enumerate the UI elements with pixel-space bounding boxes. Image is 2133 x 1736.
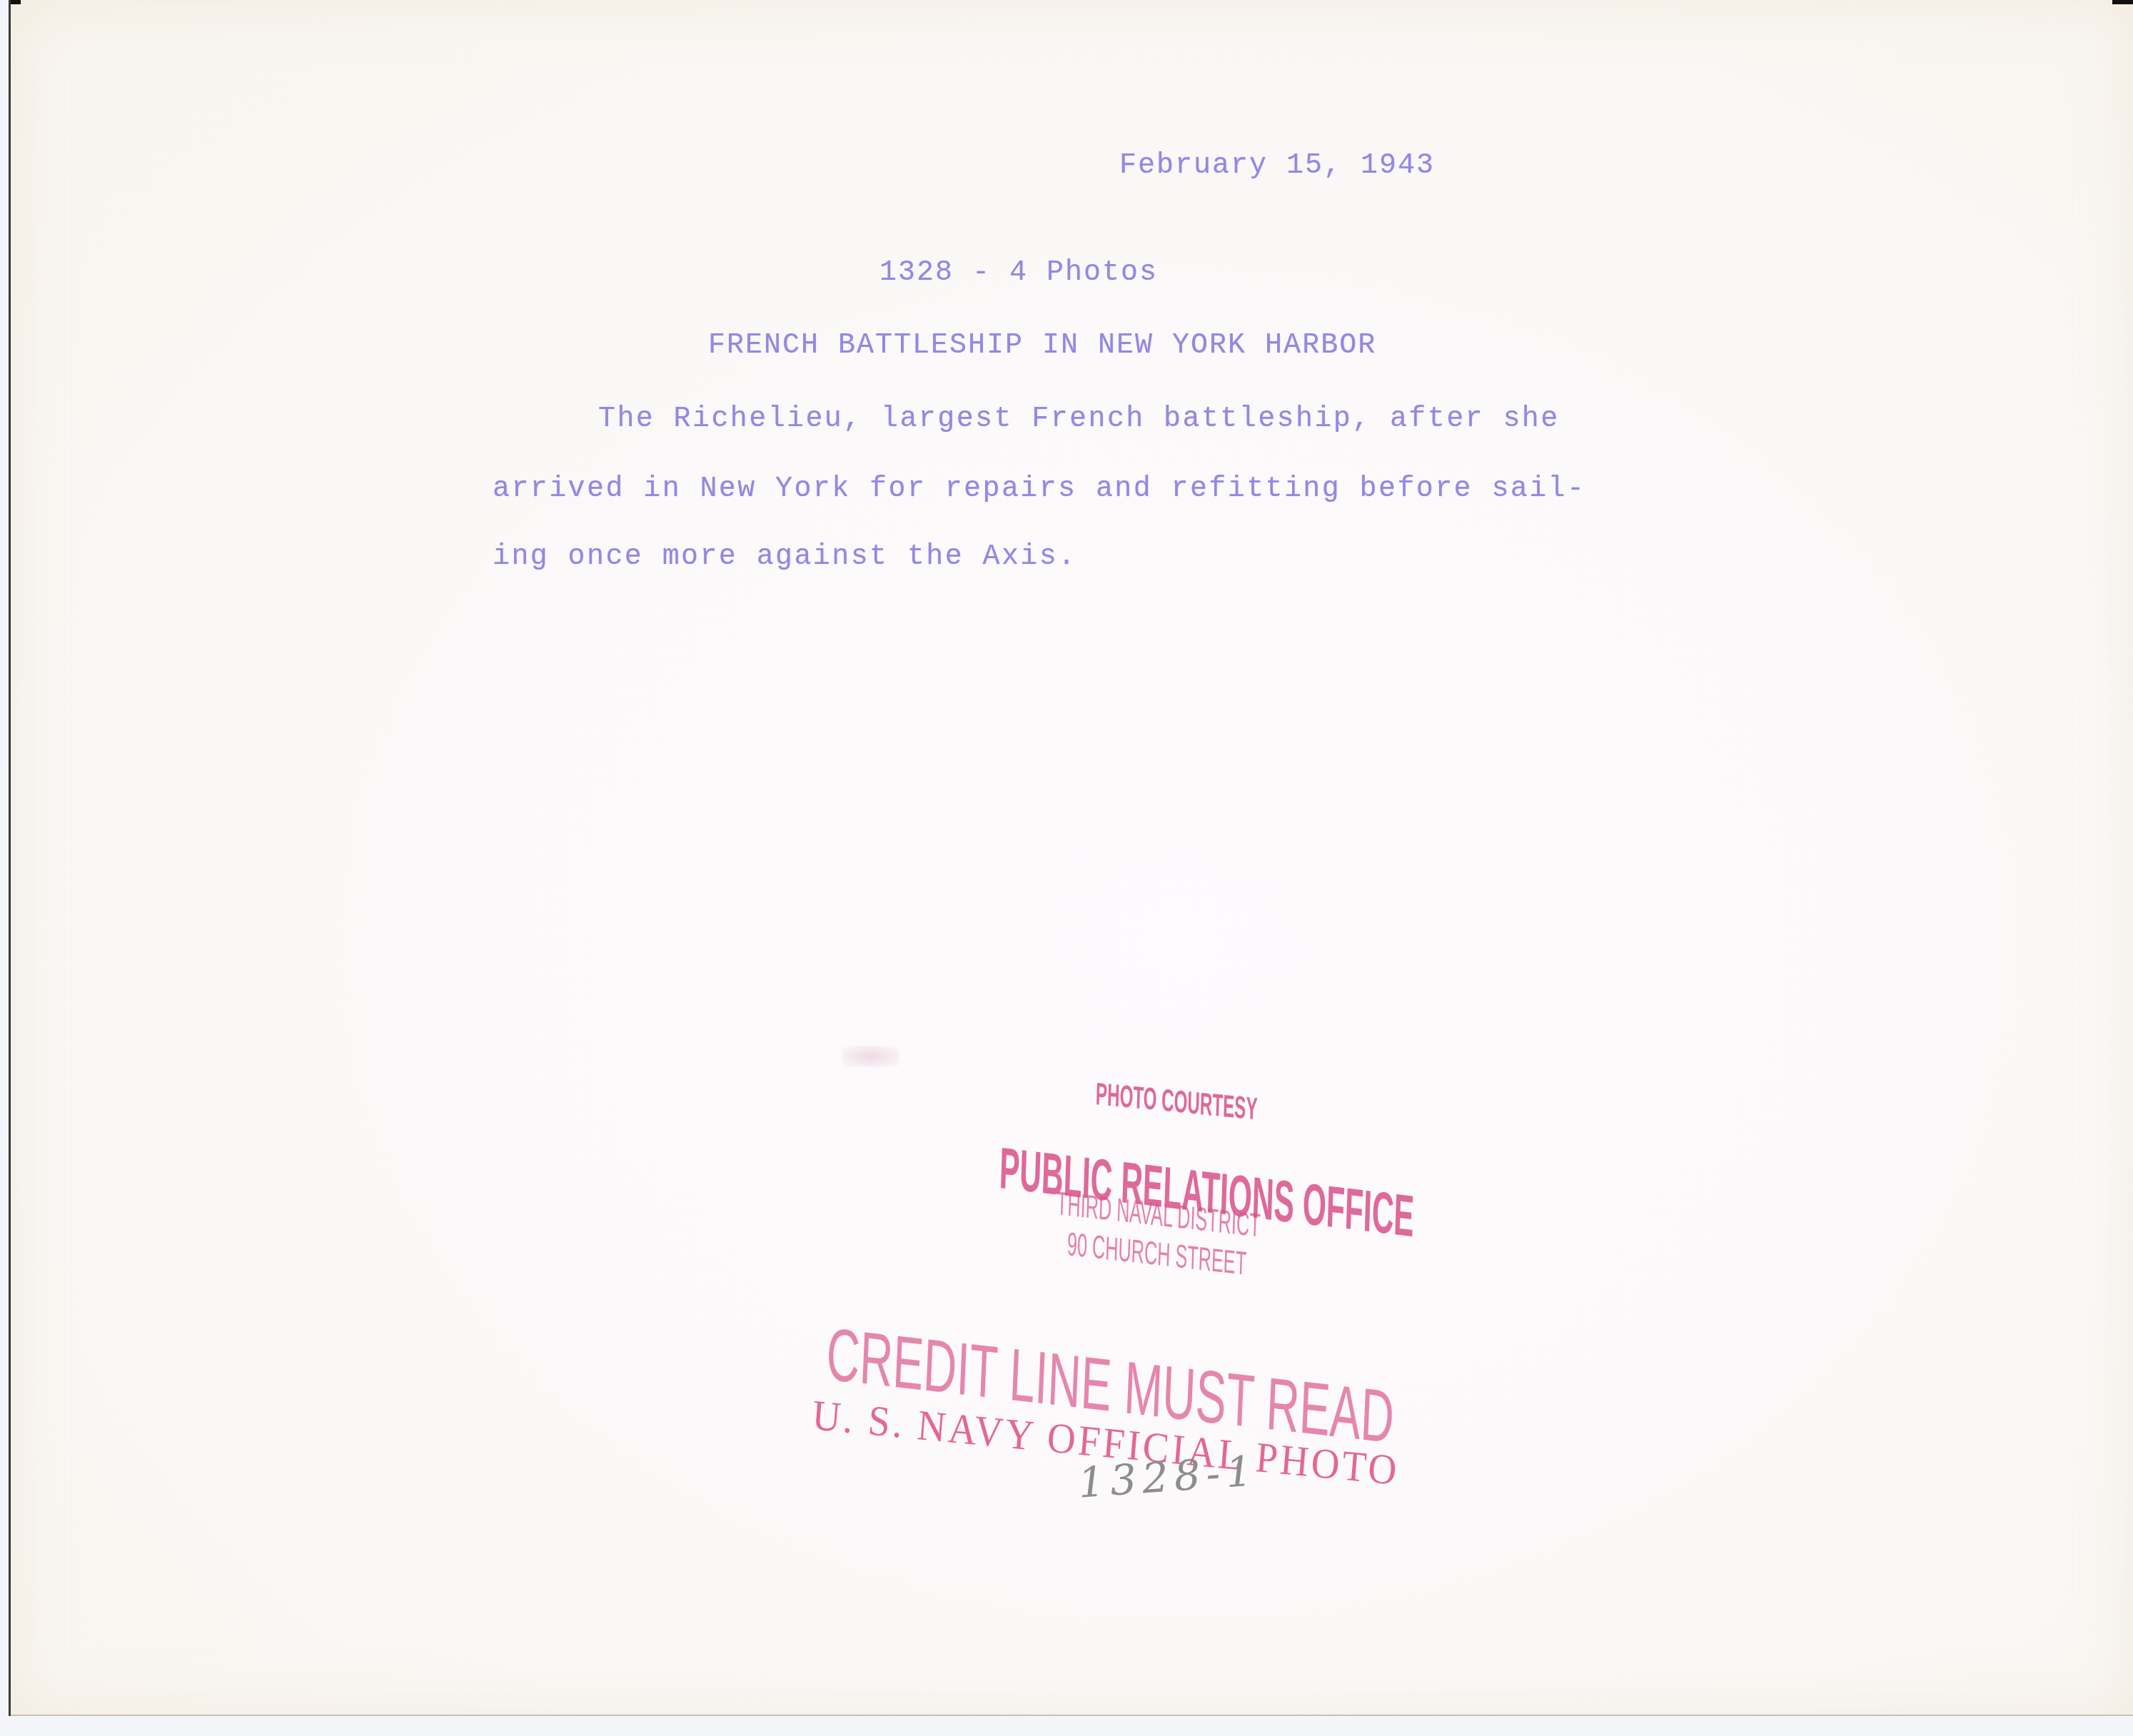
paper-edge [11, 1715, 2133, 1716]
caption-body-line: The Richelieu, largest French battleship… [598, 403, 1560, 435]
caption-headline: FRENCH BATTLESHIP IN NEW YORK HARBOR [708, 330, 1376, 362]
caption-body-line: ing once more against the Axis. [493, 541, 1077, 573]
ink-smudge [842, 1046, 899, 1067]
scan-corner-mark [2112, 0, 2133, 4]
caption-reference: 1328 - 4 Photos [879, 257, 1158, 289]
scan-corner-mark [11, 0, 21, 4]
caption-date: February 15, 1943 [1119, 150, 1435, 182]
caption-body-line: arrived in New York for repairs and refi… [493, 473, 1585, 505]
